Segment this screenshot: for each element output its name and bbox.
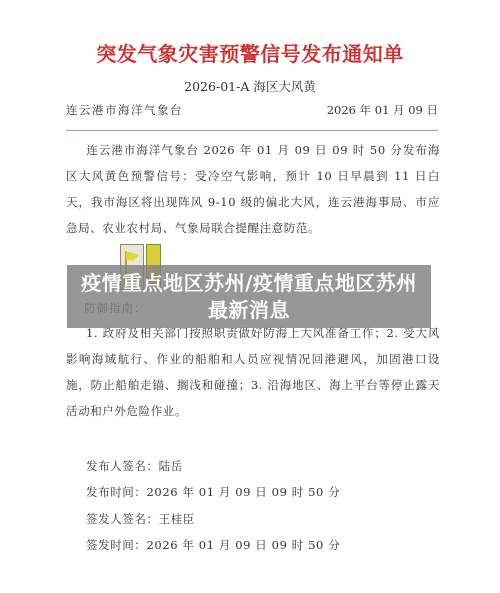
publish-time: 发布时间：2026 年 01 月 09 日 09 时 50 分 (86, 484, 340, 500)
warning-paragraph: 连云港市海洋气象台 2026 年 01 月 09 日 09 时 50 分发布海区… (66, 137, 440, 241)
headline-overlay: 疫情重点地区苏州/疫情重点地区苏州最新消息 (67, 265, 431, 328)
document-subtitle: 2026-01-A 海区大风黄 (0, 77, 500, 95)
issuer-name: 连云港市海洋气象台 (66, 102, 183, 118)
issue-date: 2026 年 01 月 09 日 (327, 102, 438, 118)
approve-time: 签发时间：2026 年 01 月 09 日 09 时 50 分 (86, 537, 340, 553)
defense-guide-text: 1. 政府及相关部门按照职责做好防海上大风准备工作；2. 受大风影响海域航行、作… (66, 326, 440, 418)
red-divider (66, 130, 438, 131)
headline-text: 疫情重点地区苏州/疫情重点地区苏州最新消息 (73, 270, 425, 324)
defense-guide-paragraph: 1. 政府及相关部门按照职责做好防海上大风准备工作；2. 受大风影响海域航行、作… (66, 320, 440, 424)
publisher-signature: 发布人签名：陆岳 (86, 458, 183, 474)
approver-signature: 签发人签名：王桂臣 (86, 511, 195, 527)
document-meta-row: 连云港市海洋气象台 2026 年 01 月 09 日 (66, 102, 438, 118)
document-title: 突发气象灾害预警信号发布通知单 (0, 38, 500, 67)
warning-paragraph-text: 连云港市海洋气象台 2026 年 01 月 09 日 09 时 50 分发布海区… (66, 143, 440, 235)
